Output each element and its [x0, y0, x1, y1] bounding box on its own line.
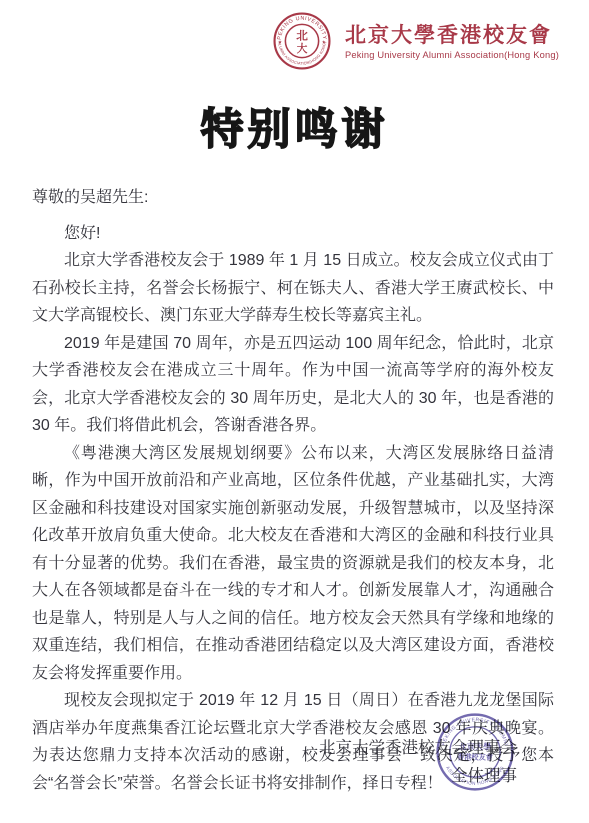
- logo-center-char-bottom: 大: [297, 42, 308, 55]
- signature-organization: 北京大学香港校友会理事会: [0, 735, 517, 763]
- letter-body: 尊敬的吴超先生: 您好! 北京大学香港校友会于 1989 年 1 月 15 日成…: [0, 184, 589, 797]
- pku-alumni-logo-icon: PEKING UNIVERSITY ALUMNI ASSOCIATION(HON…: [273, 12, 331, 70]
- org-name-chinese: 北京大學香港校友會: [345, 22, 559, 48]
- paragraph-founding-history: 北京大学香港校友会于 1989 年 1 月 15 日成立。校友会成立仪式由丁石孙…: [32, 247, 554, 330]
- org-header: PEKING UNIVERSITY ALUMNI ASSOCIATION(HON…: [273, 12, 559, 70]
- signature-block: 北京大学香港校友会理事会 全体理事: [0, 735, 589, 790]
- org-name-english: Peking University Alumni Association(Hon…: [345, 50, 559, 60]
- logo-center-char-top: 北: [296, 30, 308, 43]
- letter-page: PEKING UNIVERSITY ALUMNI ASSOCIATION(HON…: [0, 0, 589, 823]
- document-title: 特别鸣谢: [0, 104, 589, 156]
- logo-star-left: ★: [278, 39, 282, 44]
- paragraph-anniversary: 2019 年是建国 70 周年，亦是五四运动 100 周年纪念，恰此时，北京大学…: [32, 330, 554, 440]
- org-names: 北京大學香港校友會 Peking University Alumni Assoc…: [345, 22, 559, 60]
- greeting: 您好!: [32, 220, 554, 248]
- logo-star-right: ★: [322, 39, 326, 44]
- salutation: 尊敬的吴超先生:: [32, 184, 554, 212]
- signature-by: 全体理事: [0, 763, 517, 791]
- paragraph-greater-bay-area: 《粤港澳大湾区发展规划纲要》公布以来，大湾区发展脉络日益清晰，作为中国开放前沿和…: [32, 440, 554, 688]
